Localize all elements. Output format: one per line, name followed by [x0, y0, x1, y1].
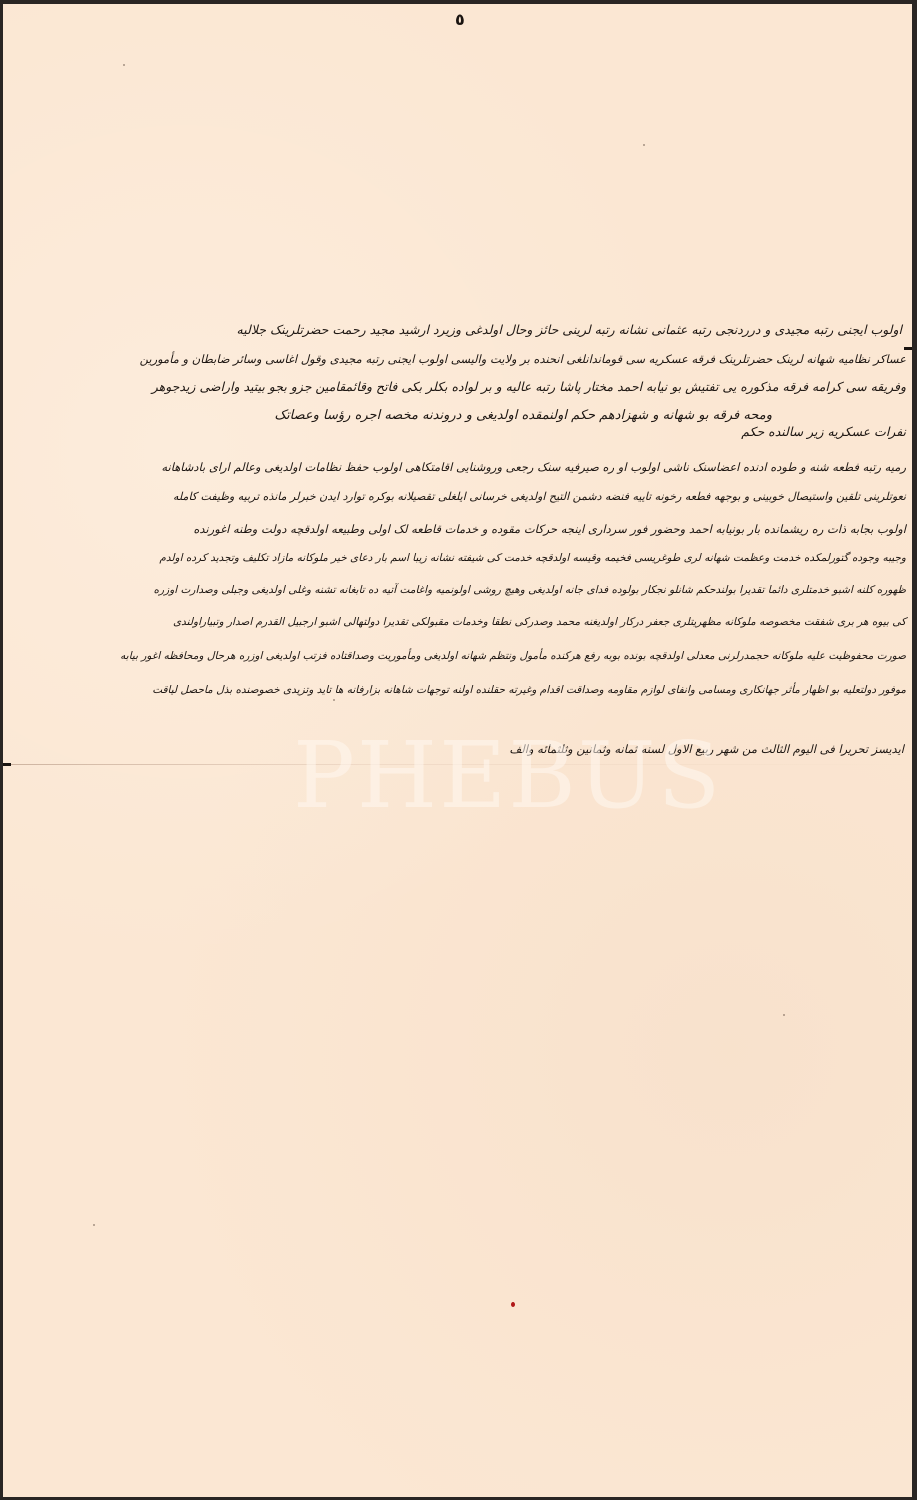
manuscript-line: وفریقه سی کرامه فرقه مذکوره یی تفتیش بو … [152, 379, 906, 394]
fold-edge-mark [3, 763, 11, 766]
manuscript-line: کی بیوه هر بری شفقت مخصوصه ملوکانه مظهری… [173, 616, 906, 628]
paper-speck [258, 694, 260, 696]
paper-speck [783, 1014, 785, 1016]
paper-speck [333, 699, 335, 701]
manuscript-line: نفرات عسکریه زیر سالنده حکم [741, 424, 906, 439]
manuscript-page: ٥ اولوب ایجنی رتبه مجیدی و درردنجی رتبه … [3, 4, 912, 1497]
manuscript-line: ظهوره کلنه اشبو خدمتلری دائما تقدیرا بول… [154, 584, 906, 596]
paper-speck [643, 144, 645, 146]
manuscript-text-block: اولوب ایجنی رتبه مجیدی و درردنجی رتبه عث… [3, 4, 912, 804]
manuscript-line: صورت محفوظیت علیه ملوکانه حجمدرلرنی معدل… [120, 650, 906, 662]
manuscript-line: موفور دولتعلیه بو اظهار مأثر جهانکاری وم… [152, 684, 906, 696]
red-ink-dot [511, 1302, 515, 1307]
manuscript-line: عساکر نظامیه شهانه لرینک حضرتلرینک فرقه … [140, 352, 906, 366]
paper-speck [123, 64, 125, 66]
manuscript-line: اولوب بجابه ذات ره ریشمانده بار بونیابه … [193, 522, 906, 536]
manuscript-line: ومحه فرقه بو شهانه و شهزادهم حکم اولنمقد… [274, 408, 772, 423]
paper-speck [93, 1224, 95, 1226]
manuscript-line: نعوتلرینی تلقین واستیصال خوبینی و بوجهه … [173, 490, 906, 503]
manuscript-line: وجیبه وجوده گتورلمکده خدمت وعظمت شهانه ل… [159, 552, 906, 564]
manuscript-line: اولوب ایجنی رتبه مجیدی و درردنجی رتبه عث… [237, 322, 902, 337]
fold-edge-mark-right [904, 347, 912, 350]
manuscript-line: رمیه رتبه فطعه شنه و طوده ادنده اعضاسنک … [161, 460, 906, 474]
watermark: PHEBUS [293, 722, 722, 829]
